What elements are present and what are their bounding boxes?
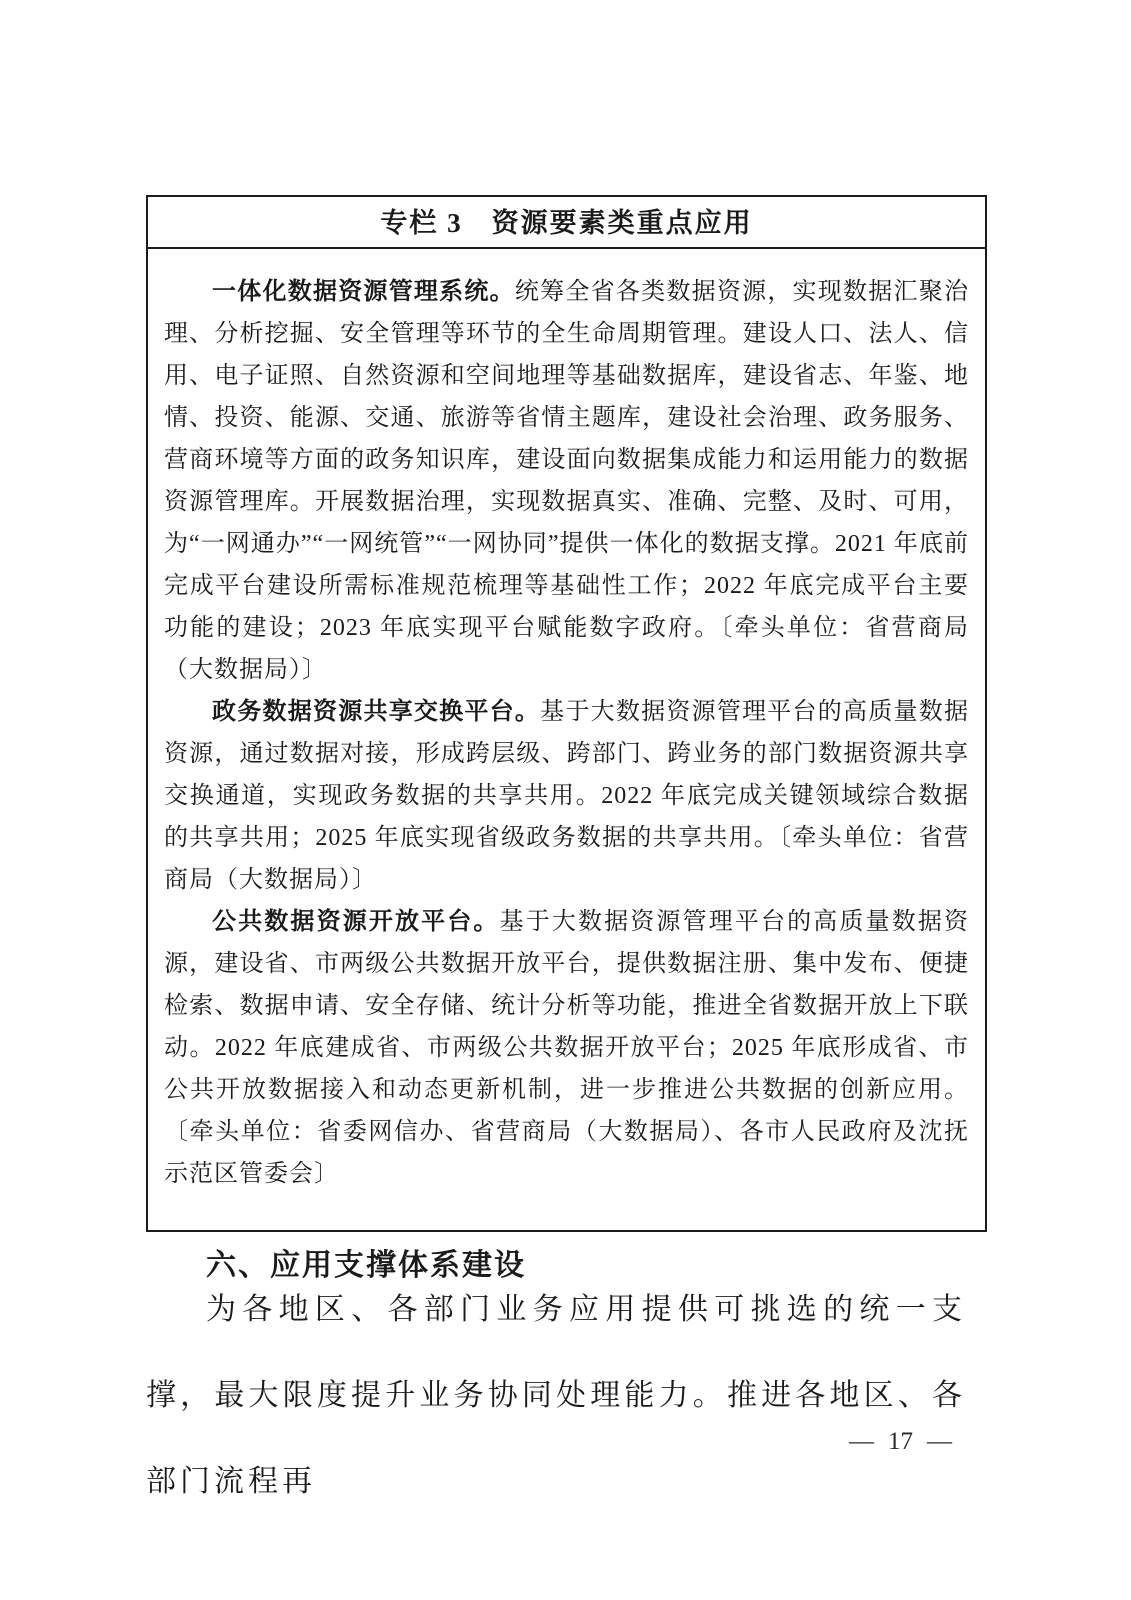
panel-paragraph: 公共数据资源开放平台。基于大数据资源管理平台的高质量数据资源，建设省、市两级公共… — [164, 901, 969, 1195]
paragraph-text: 统筹全省各类数据资源，实现数据汇聚治理、分析挖掘、安全管理等环节的全生命周期管理… — [164, 279, 969, 683]
panel-body: 一体化数据资源管理系统。统筹全省各类数据资源，实现数据汇聚治理、分析挖掘、安全管… — [148, 249, 985, 1195]
section-paragraph: 为各地区、各部门业务应用提供可挑选的统一支撑，最大限度提升业务协同处理能力。推进… — [146, 1267, 966, 1525]
paragraph-lead: 公共数据资源开放平台。 — [212, 909, 500, 935]
page-number-value: 17 — [888, 1426, 913, 1458]
document-page: 专栏 3 资源要素类重点应用 一体化数据资源管理系统。统筹全省各类数据资源，实现… — [0, 0, 1131, 1600]
panel-paragraph: 政务数据资源共享交换平台。基于大数据资源管理平台的高质量数据资源，通过数据对接，… — [164, 691, 969, 901]
paragraph-text: 基于大数据资源管理平台的高质量数据资源，建设省、市两级公共数据开放平台，提供数据… — [164, 909, 969, 1187]
page-number-dash-right: — — [927, 1426, 952, 1458]
page-number-dash-left: — — [849, 1426, 874, 1458]
paragraph-lead: 政务数据资源共享交换平台。 — [212, 699, 540, 725]
column-3-panel: 专栏 3 资源要素类重点应用 一体化数据资源管理系统。统筹全省各类数据资源，实现… — [146, 195, 987, 1232]
page-number: —17— — [146, 1426, 966, 1458]
panel-paragraph: 一体化数据资源管理系统。统筹全省各类数据资源，实现数据汇聚治理、分析挖掘、安全管… — [164, 271, 969, 691]
paragraph-text: 基于大数据资源管理平台的高质量数据资源，通过数据对接，形成跨层级、跨部门、跨业务… — [164, 699, 969, 893]
panel-title: 专栏 3 资源要素类重点应用 — [148, 197, 985, 249]
paragraph-lead: 一体化数据资源管理系统。 — [212, 279, 515, 305]
